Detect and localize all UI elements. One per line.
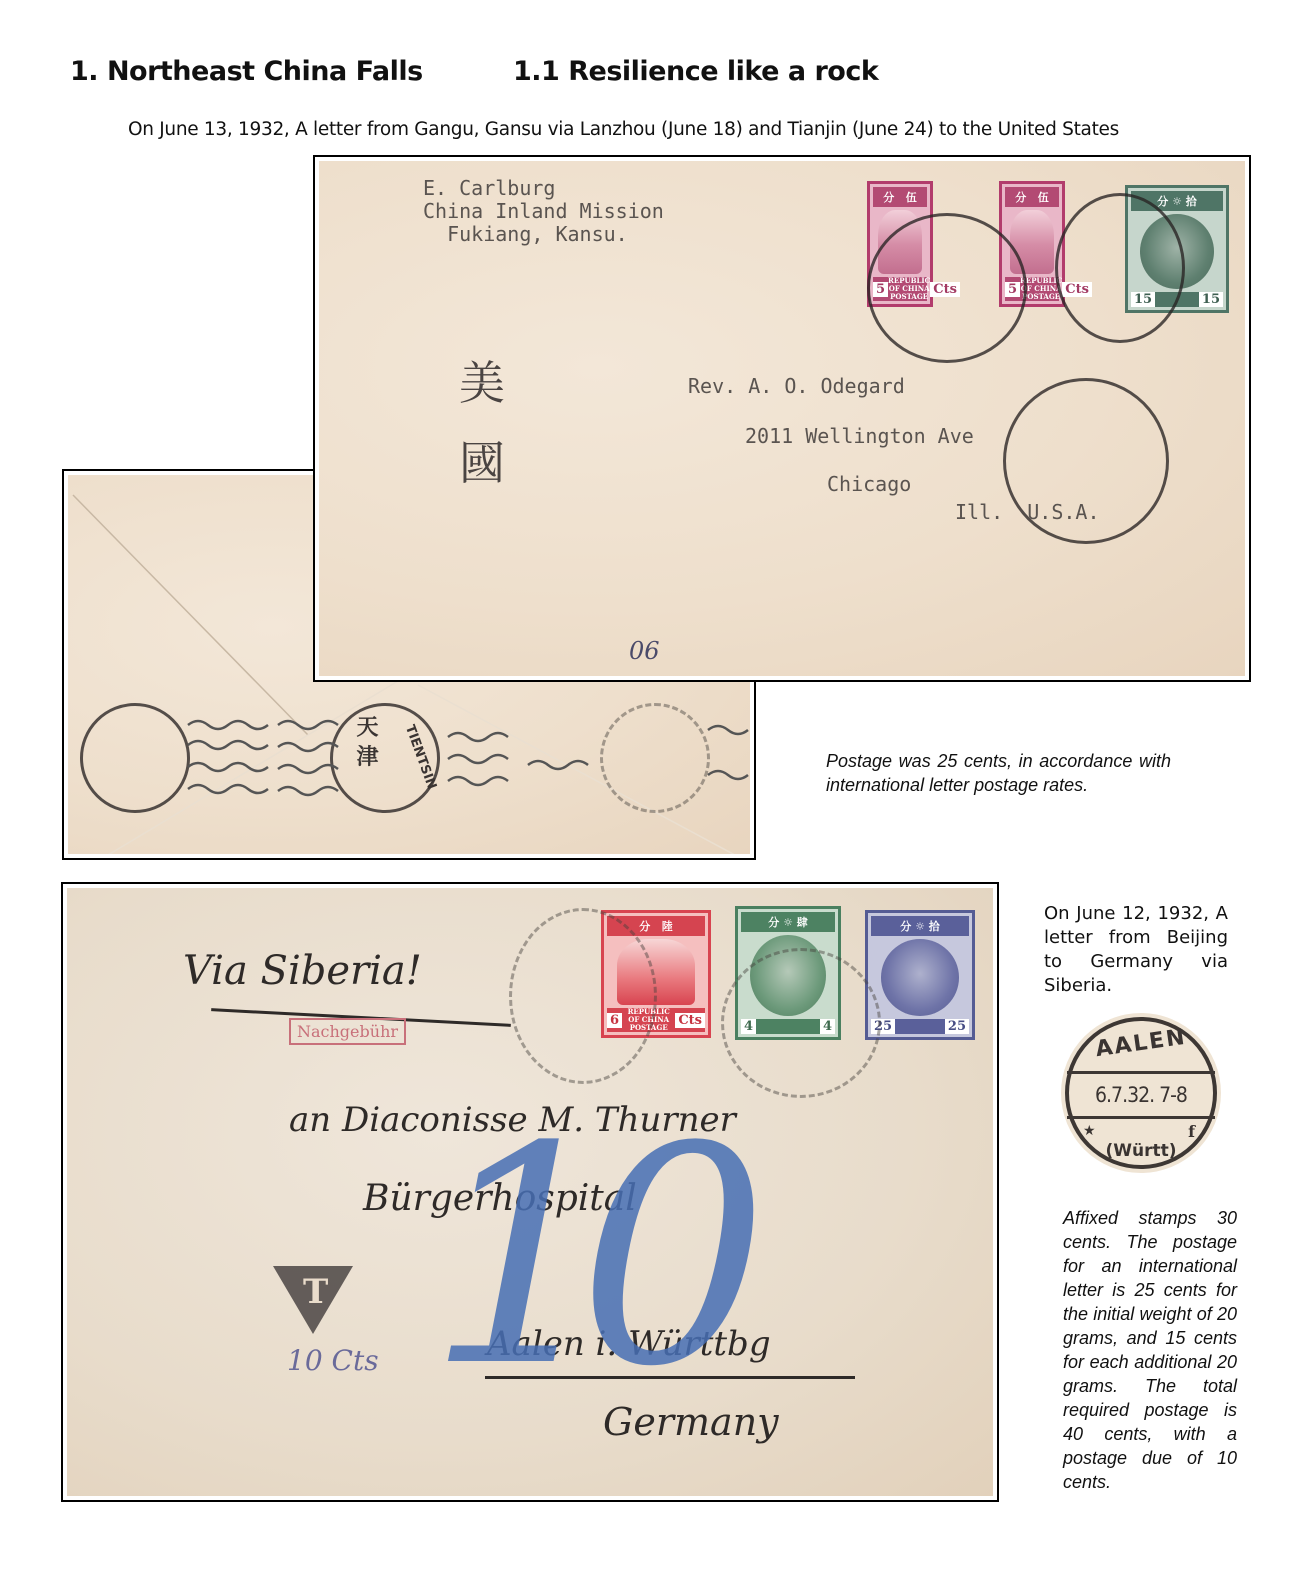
recipient-line-1: Rev. A. O. Odegard bbox=[688, 375, 905, 398]
beijing-postmark-1 bbox=[509, 908, 657, 1084]
origin-postmark-2 bbox=[1055, 193, 1185, 343]
chinese-country-name: 美 國 bbox=[459, 343, 505, 503]
cover1-caption: On June 13, 1932, A letter from Gangu, G… bbox=[128, 119, 1119, 140]
beijing-postmark-2 bbox=[721, 948, 881, 1098]
transit-postmark bbox=[1003, 378, 1169, 544]
cover1-front-image: E. Carlburg China Inland Mission Fukiang… bbox=[313, 155, 1251, 682]
stamp-25c-sun-yat-sen: 分 ☼ 拾 2525 bbox=[865, 910, 975, 1040]
envelope-front: E. Carlburg China Inland Mission Fukiang… bbox=[319, 161, 1245, 676]
cover2-image: Via Siberia! Nachgebühr an Diaconisse M.… bbox=[61, 882, 999, 1502]
nachgebuehr-handstamp: Nachgebühr bbox=[289, 1018, 406, 1045]
aalen-arrival-postmark: AALEN 6.7.32. 7-8 ★ f (Württ) bbox=[1061, 1013, 1221, 1173]
routing-instruction: Via Siberia! bbox=[183, 948, 422, 994]
cover2-caption: On June 12, 1932, A letter from Beijing … bbox=[1044, 902, 1228, 998]
envelope-cover2: Via Siberia! Nachgebühr an Diaconisse M.… bbox=[67, 888, 993, 1496]
pencil-note: 06 bbox=[629, 637, 660, 665]
postage-due-note: 10 Cts bbox=[287, 1344, 379, 1377]
sender-address: E. Carlburg China Inland Mission Fukiang… bbox=[423, 177, 664, 246]
section-title: 1. Northeast China Falls bbox=[70, 56, 423, 87]
cover2-note: Affixed stamps 30 cents. The postage for… bbox=[1063, 1206, 1237, 1494]
tax-mark: T bbox=[273, 1266, 353, 1334]
recipient-line-3: Chicago bbox=[827, 473, 911, 496]
recipient-line-2: 2011 Wellington Ave bbox=[745, 425, 974, 448]
subsection-title: 1.1 Resilience like a rock bbox=[513, 56, 878, 87]
blue-crayon-due-mark: 10 bbox=[427, 1108, 729, 1408]
cover1-note: Postage was 25 cents, in accordance with… bbox=[826, 749, 1171, 797]
origin-postmark-1 bbox=[867, 213, 1027, 363]
